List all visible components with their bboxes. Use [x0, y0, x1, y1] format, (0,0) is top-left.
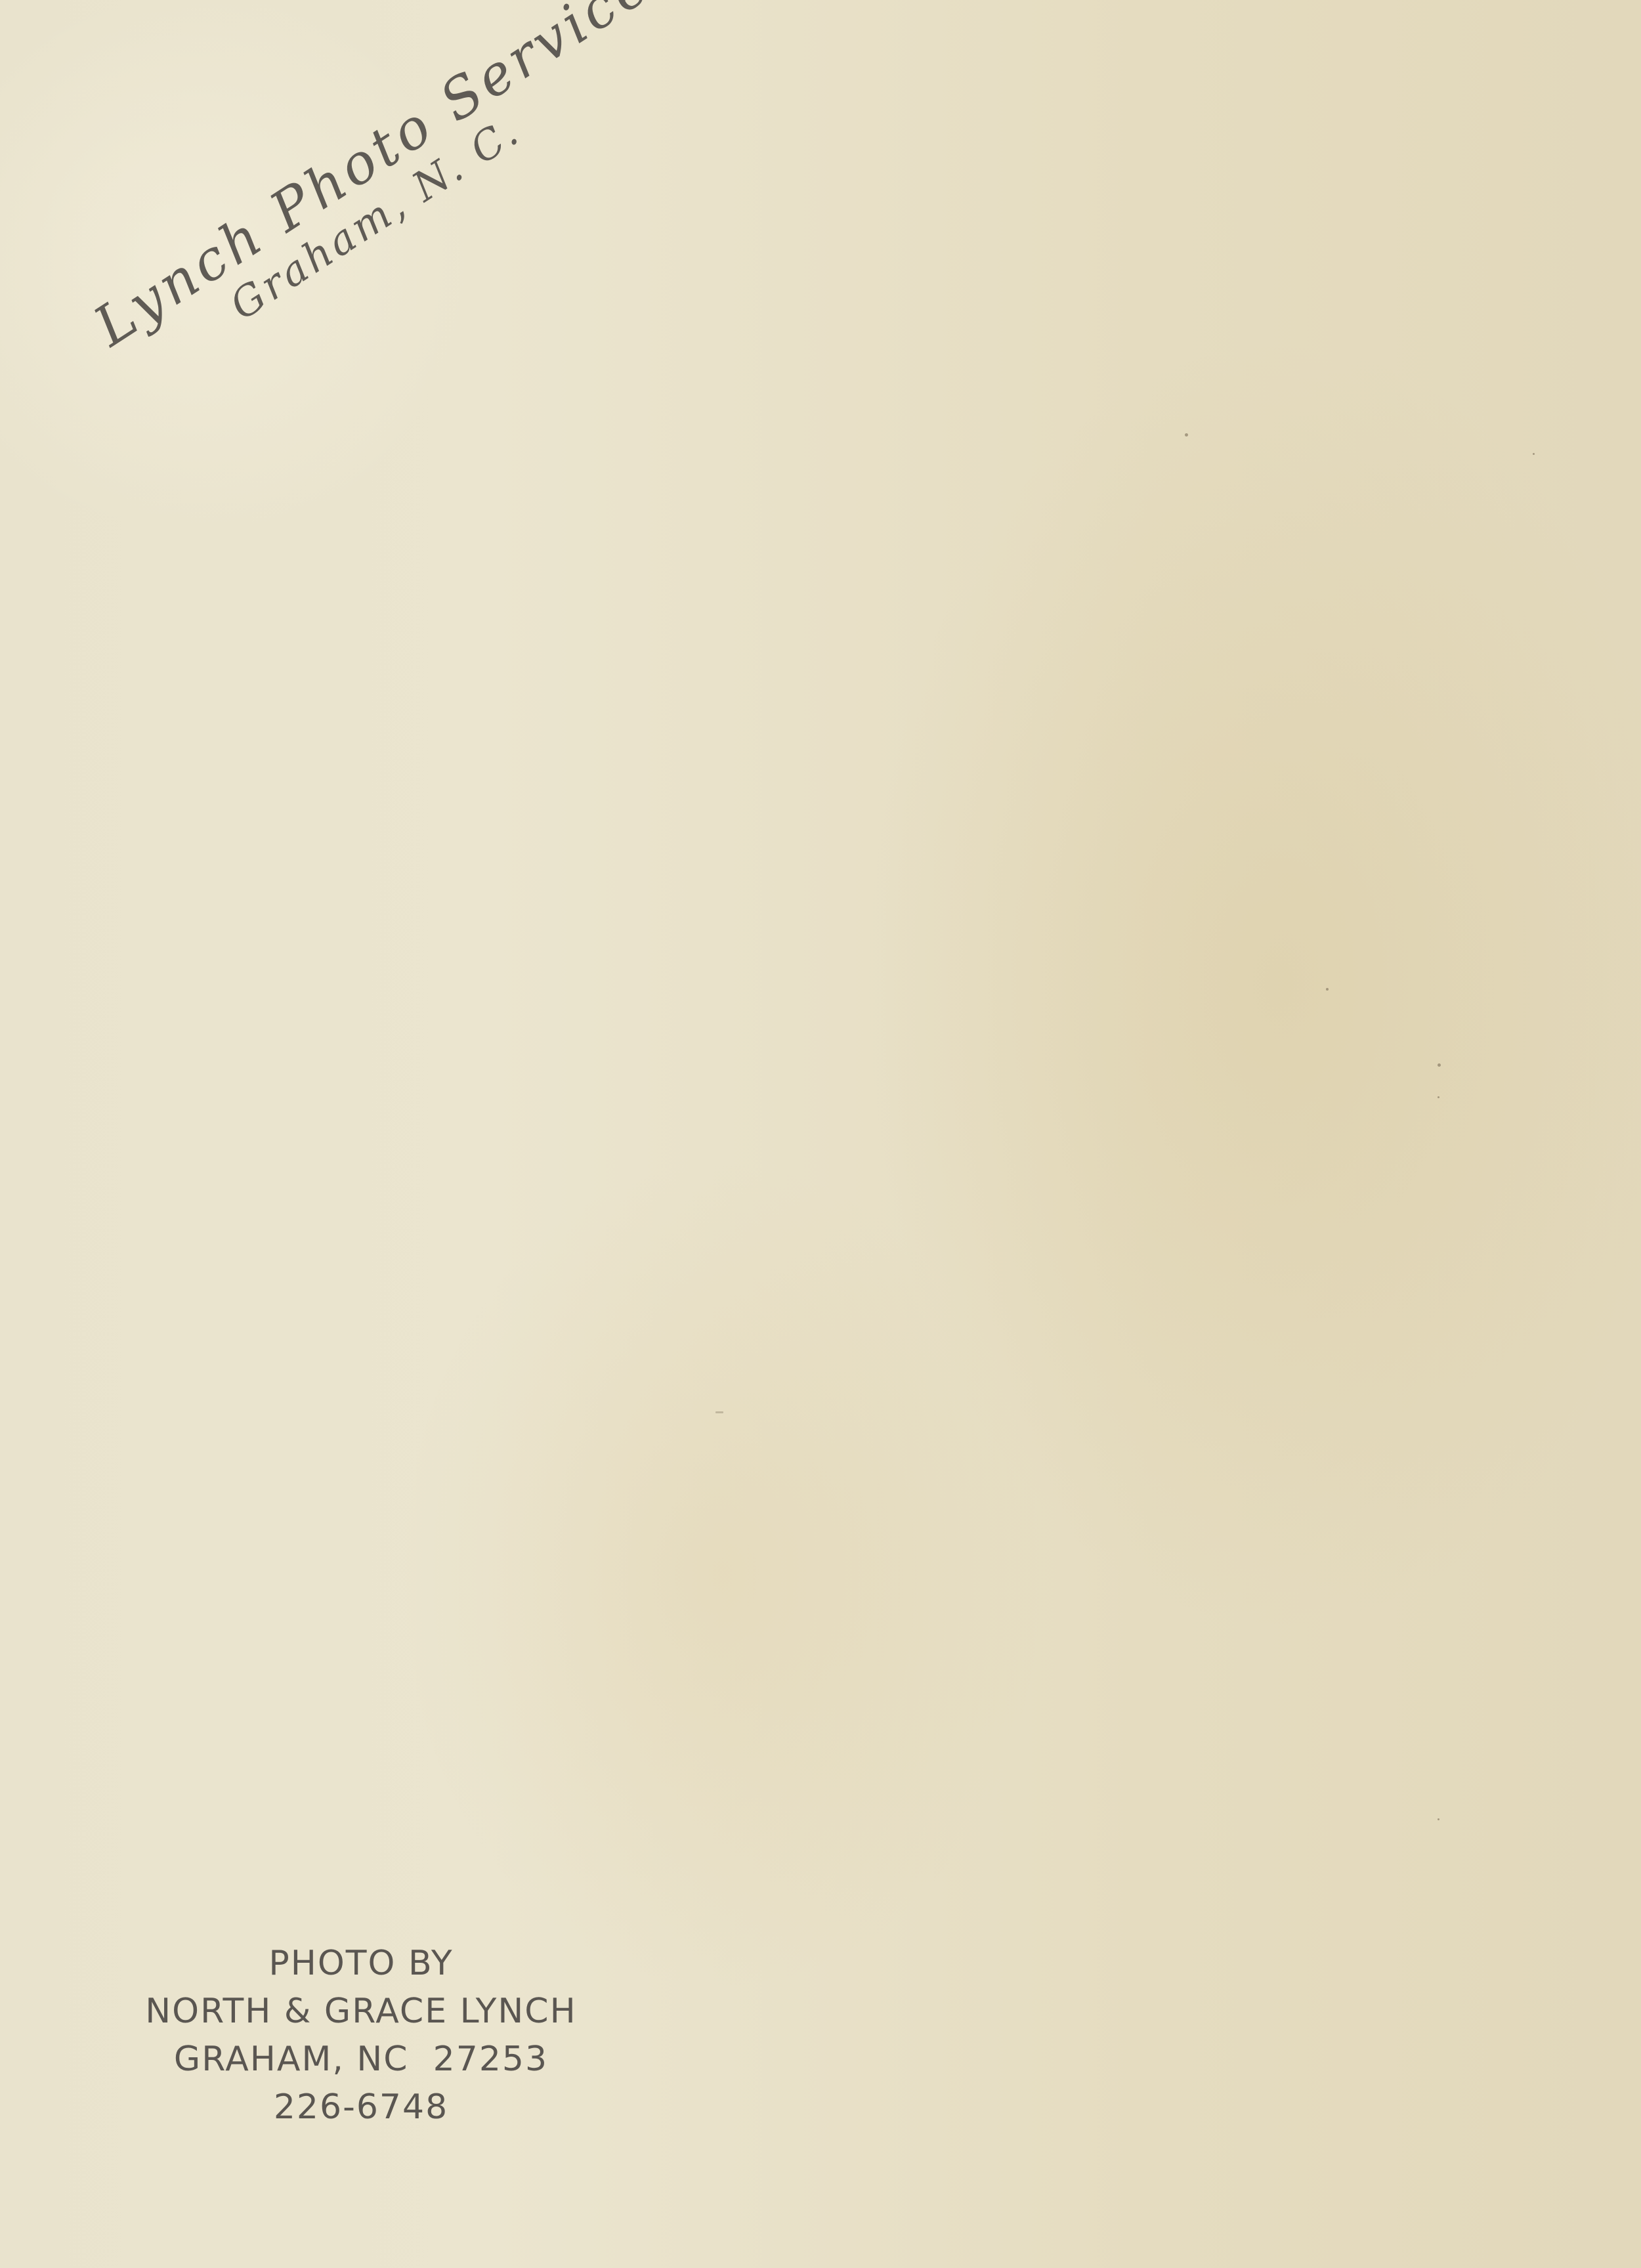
paper-speck	[1533, 453, 1535, 455]
stamp-studio-location: Graham, N. C.	[224, 7, 685, 327]
photographer-credit-stamp: PHOTO BY NORTH & GRACE LYNCH GRAHAM, NC …	[131, 1940, 591, 2131]
paper-speck	[1185, 433, 1188, 437]
script-studio-stamp: Lynch Photo Service Graham, N. C.	[85, 0, 685, 395]
paper-speck	[1438, 1096, 1439, 1098]
photo-back-paper: Lynch Photo Service Graham, N. C. PHOTO …	[0, 0, 1641, 2268]
credit-line-address: GRAHAM, NC 27253	[131, 2036, 591, 2084]
credit-line-photographers: NORTH & GRACE LYNCH	[131, 1988, 591, 2036]
paper-speck	[1326, 988, 1329, 991]
stamp-studio-name: Lynch Photo Service	[85, 0, 660, 354]
paper-mark	[715, 1411, 723, 1413]
credit-line-heading: PHOTO BY	[131, 1940, 591, 1988]
credit-line-phone: 226-6748	[131, 2084, 591, 2131]
paper-speck	[1438, 1818, 1439, 1820]
paper-speck	[1438, 1063, 1441, 1067]
